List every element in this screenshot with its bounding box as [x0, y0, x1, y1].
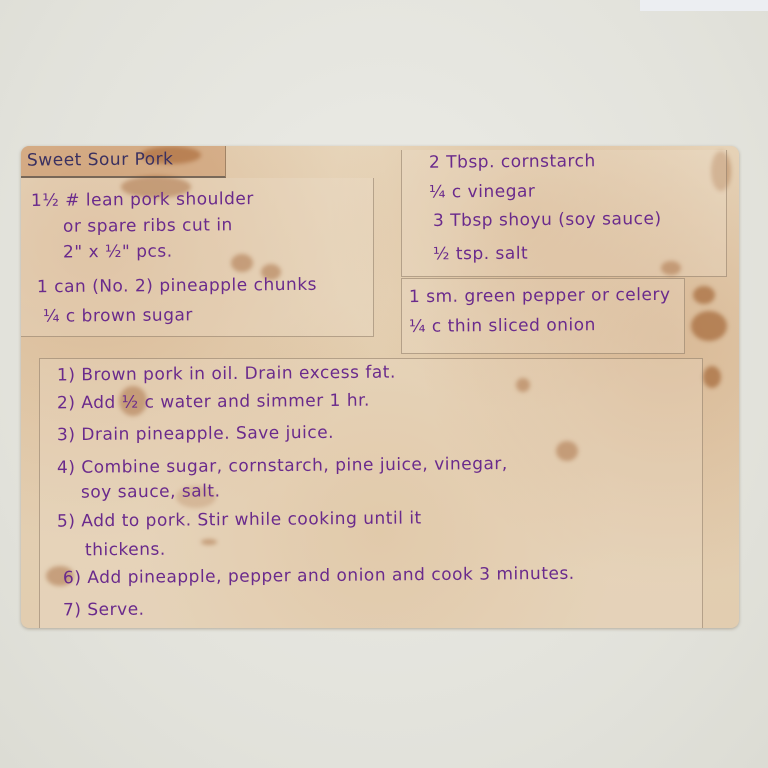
- step-line: 2) Add ½ c water and simmer 1 hr.: [57, 391, 370, 414]
- recipe-card: Sweet Sour Pork 1½ # lean pork shoulder …: [21, 146, 739, 628]
- step-line: 4) Combine sugar, cornstarch, pine juice…: [57, 454, 508, 478]
- recipe-title: Sweet Sour Pork: [27, 149, 174, 170]
- stain: [693, 286, 715, 304]
- ingredient-line: 1 sm. green pepper or celery: [409, 285, 671, 307]
- title-box: Sweet Sour Pork: [21, 146, 226, 178]
- stain: [691, 311, 727, 341]
- ingredient-line: 1 can (No. 2) pineapple chunks: [37, 275, 317, 297]
- ingredient-line: ¼ c thin sliced onion: [409, 315, 596, 337]
- ingredient-line: 1½ # lean pork shoulder: [31, 189, 254, 211]
- step-line: thickens.: [85, 540, 166, 561]
- ingredient-line: 2" x ½" pcs.: [63, 242, 173, 263]
- step-line: 5) Add to pork. Stir while cooking until…: [57, 508, 422, 531]
- stain: [703, 366, 721, 388]
- step-line: 7) Serve.: [63, 600, 145, 621]
- background-paper-strip: [640, 0, 768, 11]
- step-line: 1) Brown pork in oil. Drain excess fat.: [57, 363, 396, 386]
- ingredient-line: ¼ c vinegar: [429, 182, 536, 203]
- ingredient-line: ¼ c brown sugar: [43, 305, 193, 326]
- ingredient-line: ½ tsp. salt: [433, 244, 528, 265]
- step-line: soy sauce, salt.: [81, 481, 221, 502]
- ingredient-line: or spare ribs cut in: [63, 215, 233, 236]
- ingredient-line: 2 Tbsp. cornstarch: [429, 151, 596, 172]
- step-line: 3) Drain pineapple. Save juice.: [57, 423, 334, 445]
- ingredient-line: 3 Tbsp shoyu (soy sauce): [433, 209, 662, 231]
